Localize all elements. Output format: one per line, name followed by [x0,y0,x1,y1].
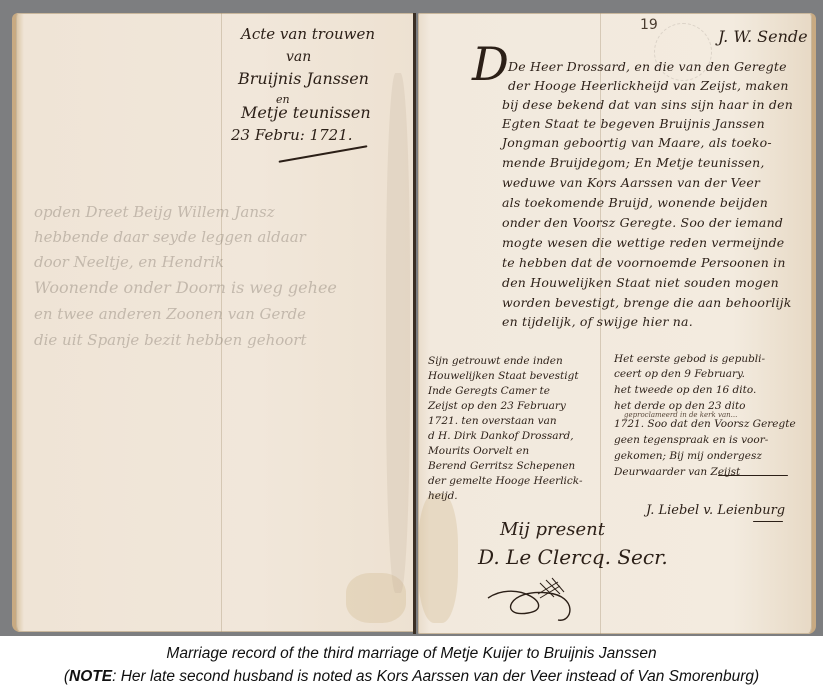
text-line: Jongman geboortig van Maare, als toeko- [502,135,772,150]
text-line: 1721. ten overstaan van [428,415,557,427]
text-line: mende Bruijdegom; En Metje teunissen, [502,155,765,170]
caption-note-label: NOTE [69,668,112,685]
presence-text: Mij present [500,519,605,540]
cover-title-line5: Metje teunissen [241,103,371,122]
water-stain [418,493,458,623]
book-spine [413,13,416,634]
text-line: heijd. [428,490,458,502]
text-line: bij dese bekend dat van sins sijn haar i… [502,97,793,112]
text-line: der Hooge Heerlickheijd van Zeijst, make… [508,78,789,93]
text-line: ceert op den 9 February. [614,368,745,380]
secretary-signature: D. Le Clercq. Secr. [478,545,668,569]
text-line: Inde Geregts Camer te [428,385,550,397]
text-line: d H. Dirk Dankof Drossard, [428,430,574,442]
bleed-line: hebbende daar seyde leggen aldaar [34,228,306,246]
text-line: weduwe van Kors Aarssen van der Veer [502,175,760,190]
signature-flourish-icon [478,568,598,628]
cover-title-date: 23 Febru: 1721. [231,126,353,144]
cover-title-line3: Bruijnis Janssen [238,69,369,88]
bleed-line: die uit Spanje bezit hebben gehoort [34,331,307,349]
text-line: als toekomende Bruijd, wonende beijden [502,195,768,210]
text-line: 1721. Soo dat den Voorsz Geregte [614,418,796,430]
text-line: Het eerste gebod is gepubli- [614,353,765,365]
top-signature: J. W. Sende [718,27,808,46]
text-line: Mourits Oorvelt en [428,445,529,457]
cover-title-flourish [279,145,368,163]
decorated-initial: D [472,37,509,91]
document-photo: Acte van trouwen van Bruijnis Janssen en… [0,0,823,636]
text-line: Sijn getrouwt ende inden [428,355,563,367]
edge-discoloration [386,73,410,593]
text-line: mogte wesen die wettige reden vermeijnde [502,235,784,250]
text-line: worden bevestigt, brenge die aan behoorl… [502,295,792,310]
text-line: Houwelijken Staat bevestigt [428,370,579,382]
cover-title-line2: van [286,49,311,65]
text-line: Zeijst op den 23 February [428,400,566,412]
text-line: Deurwaarder van Zeijst [614,466,740,478]
caption-line-1: Marriage record of the third marriage of… [0,645,823,663]
page-number: 19 [640,17,658,33]
text-line: den Houwelijken Staat niet souden mogen [502,275,779,290]
text-line: Egten Staat te begeven Bruijnis Janssen [502,116,765,131]
text-line: en tijdelijk, of swijge hier na. [502,314,693,329]
caption-note-text: : Her late second husband is noted as Ko… [112,668,759,685]
text-line: het tweede op den 16 dito. [614,384,756,396]
caption-line-2: (NOTE: Her late second husband is noted … [0,668,823,686]
bleed-line: opden Dreet Beijg Willem Jansz [34,203,275,221]
bailiff-signature-rule [753,521,783,522]
bleed-line: en twee anderen Zoonen van Gerde [34,305,306,323]
text-line: gekomen; Bij mij ondergesz [614,450,762,462]
bleed-line: Woonende onder Doorn is weg gehee [34,278,337,297]
bleed-line: door Neeltje, en Hendrik [34,253,224,271]
right-page: 19 J. W. Sende D De Heer Drossard, en di… [418,13,816,634]
cover-title-line1: Acte van trouwen [241,25,375,43]
signature-rule [718,475,788,476]
text-line: De Heer Drossard, en die van den Geregte [508,59,787,74]
text-line: onder den Voorsz Geregte. Soo der iemand [502,215,783,230]
text-line: Berend Gerritsz Schepenen [428,460,575,472]
text-line: der gemelte Hooge Heerlick- [428,475,583,487]
bailiff-signature: J. Liebel v. Leienburg [646,503,785,518]
left-page: Acte van trouwen van Bruijnis Janssen en… [12,13,416,632]
text-line: te hebben dat de voornoemde Persoonen in [502,255,786,270]
text-line: geen tegenspraak en is voor- [614,434,768,446]
